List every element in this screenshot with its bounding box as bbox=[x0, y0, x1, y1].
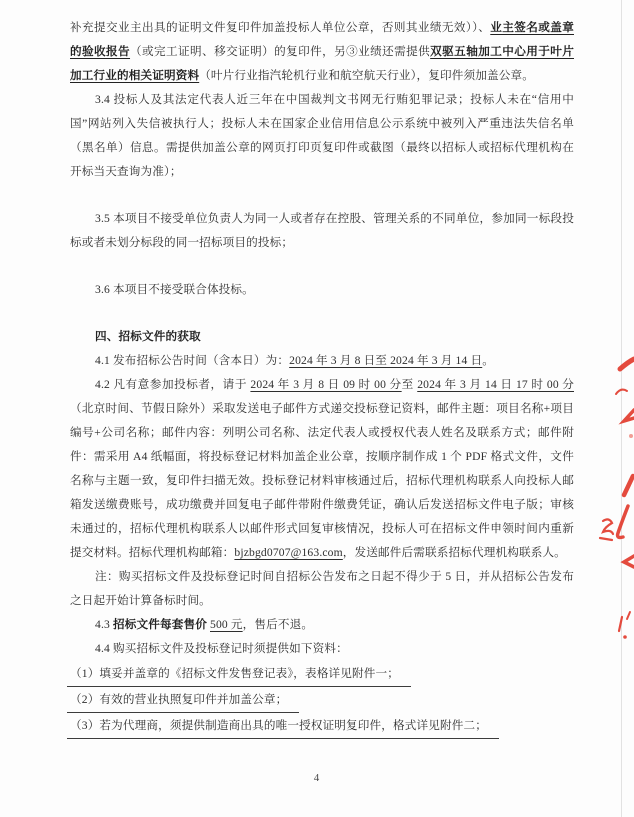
text-run: 补充提交业主出具的证明文件复印件加盖投标人单位公章，否则其业绩无效））、 bbox=[70, 21, 490, 34]
registration-start-datetime: 2024 年 3 月 8 日 09 时 00 分 bbox=[250, 378, 401, 391]
required-material-3: （3）若为代理商，须提供制造商出具的唯一授权证明复印件，格式详见附件二； bbox=[67, 715, 499, 739]
scanned-page: 补充提交业主出具的证明文件复印件加盖投标人单位公章，否则其业绩无效））、业主签名… bbox=[0, 0, 634, 817]
registration-end-datetime: 2024 年 3 月 14 日 17 时 00 分 bbox=[417, 378, 574, 391]
text-run: 至 bbox=[402, 378, 418, 391]
text-run: 4.1 发布招标公告时间（含本日）为： bbox=[95, 354, 289, 367]
text-run: （或完工证明、移交证明）的复印件，另③业绩还需提供 bbox=[130, 45, 430, 58]
list-item-2: （2）有效的营业执照复印件并加盖公章； bbox=[70, 688, 574, 713]
red-stroke-4 bbox=[624, 476, 633, 495]
text-run: ，售后不退。 bbox=[243, 618, 313, 631]
document-body: 补充提交业主出具的证明文件复印件加盖投标人单位公章，否则其业绩无效））、业主签名… bbox=[70, 16, 574, 739]
red-stroke-3 bbox=[624, 410, 634, 421]
para-4-3: 4.3 招标文件每套售价 500 元，售后不退。 bbox=[70, 613, 574, 637]
list-item-3: （3）若为代理商，须提供制造商出具的唯一授权证明复印件，格式详见附件二； bbox=[70, 714, 574, 739]
red-stroke-5 bbox=[618, 506, 628, 538]
red-dot-1 bbox=[629, 434, 633, 438]
page-number: 4 bbox=[0, 772, 634, 784]
red-stroke-8 bbox=[627, 612, 630, 619]
text-run: 4.3 bbox=[95, 618, 113, 631]
text-run: ，发送邮件后需联系招标代理机构联系人。 bbox=[343, 546, 566, 559]
text-run: 4.2 凡有意参加投标者，请于 bbox=[95, 378, 250, 391]
para-4-4: 4.4 购买招标文件及投标登记时须提供如下资料： bbox=[70, 637, 574, 661]
required-material-1: （1）填妥并盖章的《招标文件发售登记表》，表格详见附件一； bbox=[67, 663, 411, 687]
para-4-2: 4.2 凡有意参加投标者，请于 2024 年 3 月 8 日 09 时 00 分… bbox=[70, 373, 574, 565]
document-price-value: 500 元 bbox=[210, 618, 243, 631]
text-run: （叶片行业指汽轮机行业和航空航天行业），复印件须加盖公章。 bbox=[199, 69, 534, 82]
document-price-label: 招标文件每套售价 bbox=[113, 618, 210, 631]
para-4-1: 4.1 发布招标公告时间（含本日）为：2024 年 3 月 8 日至 2024 … bbox=[70, 349, 574, 373]
para-continuation: 补充提交业主出具的证明文件复印件加盖投标人单位公章，否则其业绩无效））、业主签名… bbox=[70, 16, 574, 88]
text-run: （北京时间、节假日除外）采取发送电子邮件方式递交投标登记资料，邮件主题：项目名称… bbox=[70, 402, 574, 559]
red-scribble bbox=[600, 519, 613, 540]
announcement-date-range: 2024 年 3 月 8 日至 2024 年 3 月 14 日 bbox=[289, 354, 482, 367]
section-heading-obtain-documents: 四、招标文件的获取 bbox=[70, 325, 574, 349]
scan-edge-line bbox=[621, 0, 622, 817]
para-note: 注：购买招标文件及投标登记时间自招标公告发布之日起不得少于 5 日，并从招标公告… bbox=[70, 565, 574, 613]
red-stroke-1 bbox=[620, 359, 634, 369]
required-material-2: （2）有效的营业执照复印件并加盖公章； bbox=[67, 689, 299, 713]
text-run: 。 bbox=[482, 354, 494, 367]
red-stroke-6 bbox=[624, 556, 634, 567]
para-3-5: 3.5 本项目不接受单位负责人为同一人或者存在控股、管理关系的不同单位，参加同一… bbox=[70, 207, 574, 255]
list-item-1: （1）填妥并盖章的《招标文件发售登记表》，表格详见附件一； bbox=[70, 662, 574, 687]
para-3-6: 3.6 本项目不接受联合体投标。 bbox=[70, 278, 574, 302]
para-3-4: 3.4 投标人及其法定代表人近三年在中国裁判文书网无行贿犯罪记录；投标人未在“信… bbox=[70, 88, 574, 184]
agency-email: bjzbgd0707@163.com bbox=[234, 546, 342, 559]
red-dot-2 bbox=[623, 635, 627, 639]
